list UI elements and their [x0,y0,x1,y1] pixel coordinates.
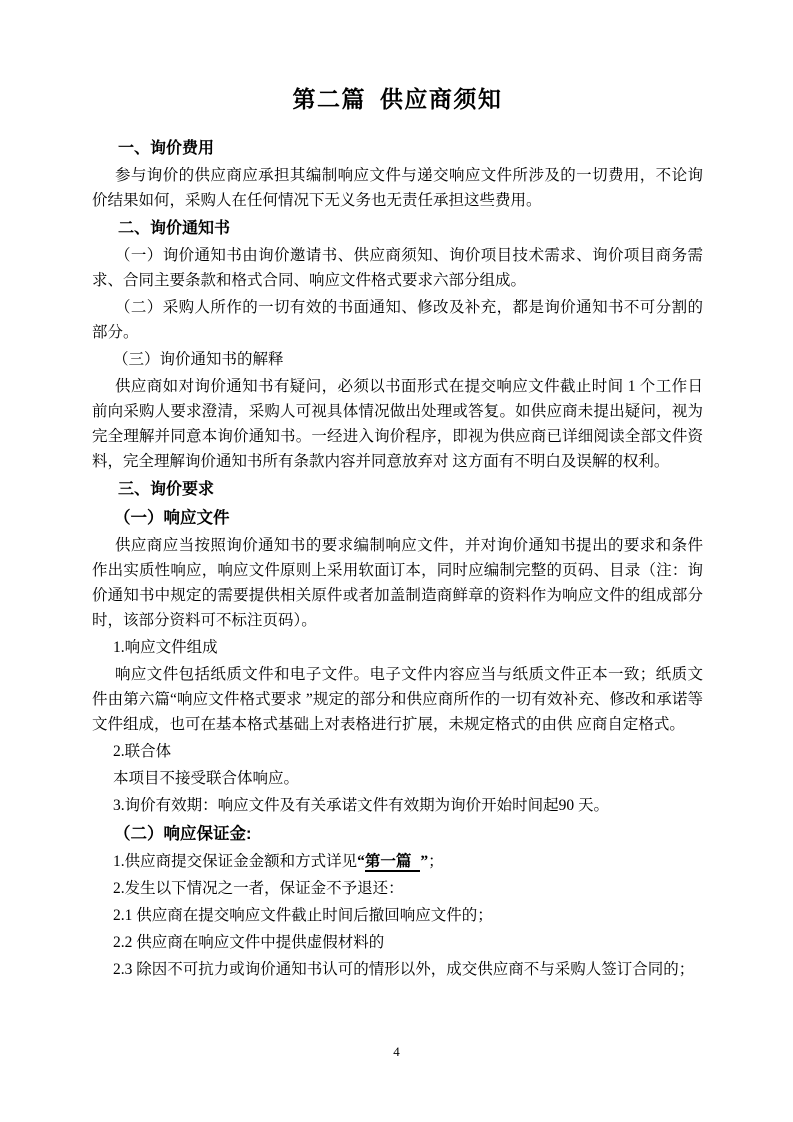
deposit-amount-tail: ； [428,853,444,870]
list-item-deposit-forfeit-no-contract: 2.3 除因不可抗力或询价通知书认可的情形以外，成交供应商不与采购人签订合同的； [92,957,703,982]
paragraph-response-composition: 响应文件包括纸质文件和电子文件。电子文件内容应当与纸质文件正本一致；纸质文件由第… [92,662,703,737]
list-item-deposit-forfeit-intro: 2.发生以下情况之一者，保证金不予退还： [92,876,703,901]
subsection-heading-response-deposit: （二）响应保证金: [92,822,703,847]
page-number: 4 [0,1044,793,1060]
document-page: 第二篇 供应商须知 一、询价费用 参与询价的供应商应承担其编制响应文件与递交响应… [0,0,793,1122]
paragraph-notice-composition: （一）询价通知书由询价邀请书、供应商须知、询价项目技术需求、询价项目商务需求、合… [92,243,703,293]
subsection-heading-response-documents: （一）响应文件 [92,506,703,531]
list-item-consortium-not-accepted: 本项目不接受联合体响应。 [92,766,703,791]
section-heading-inquiry-requirements: 三、询价要求 [92,477,703,502]
subheading-notice-interpretation: （三）询价通知书的解释 [92,347,703,372]
list-item-deposit-forfeit-false-material: 2.2 供应商在响应文件中提供虚假材料的 [92,930,703,955]
section-heading-inquiry-notice: 二、询价通知书 [92,216,703,241]
paragraph-inquiry-fee: 参与询价的供应商应承担其编制响应文件与递交响应文件所涉及的一切费用，不论询价结果… [92,163,703,213]
deposit-amount-text: 1.供应商提交保证金金额和方式详见 [113,853,357,870]
document-content: 第二篇 供应商须知 一、询价费用 参与询价的供应商应承担其编制响应文件与递交响应… [92,84,703,982]
list-item-response-composition: 1.响应文件组成 [92,635,703,660]
list-item-deposit-amount: 1.供应商提交保证金金额和方式详见“第一篇”； [92,849,703,874]
open-quote: “ [357,853,365,870]
document-title: 第二篇 供应商须知 [92,84,703,114]
section-heading-inquiry-fee: 一、询价费用 [92,136,703,161]
close-quote: ” [420,853,428,870]
list-item-consortium: 2.联合体 [92,739,703,764]
paragraph-response-documents: 供应商应当按照询价通知书的要求编制响应文件，并对询价通知书提出的要求和条件作出实… [92,533,703,633]
deposit-reference-part-one: 第一篇 [365,853,421,872]
paragraph-notice-supplements: （二）采购人所作的一切有效的书面通知、修改及补充，都是询价通知书不可分割的部分。 [92,295,703,345]
paragraph-notice-interpretation: 供应商如对询价通知书有疑问，必须以书面形式在提交响应文件截止时间 1 个工作日前… [92,374,703,474]
list-item-validity-period: 3.询价有效期：响应文件及有关承诺文件有效期为询价开始时间起90 天。 [92,793,703,818]
list-item-deposit-forfeit-withdraw: 2.1 供应商在提交响应文件截止时间后撤回响应文件的； [92,903,703,928]
